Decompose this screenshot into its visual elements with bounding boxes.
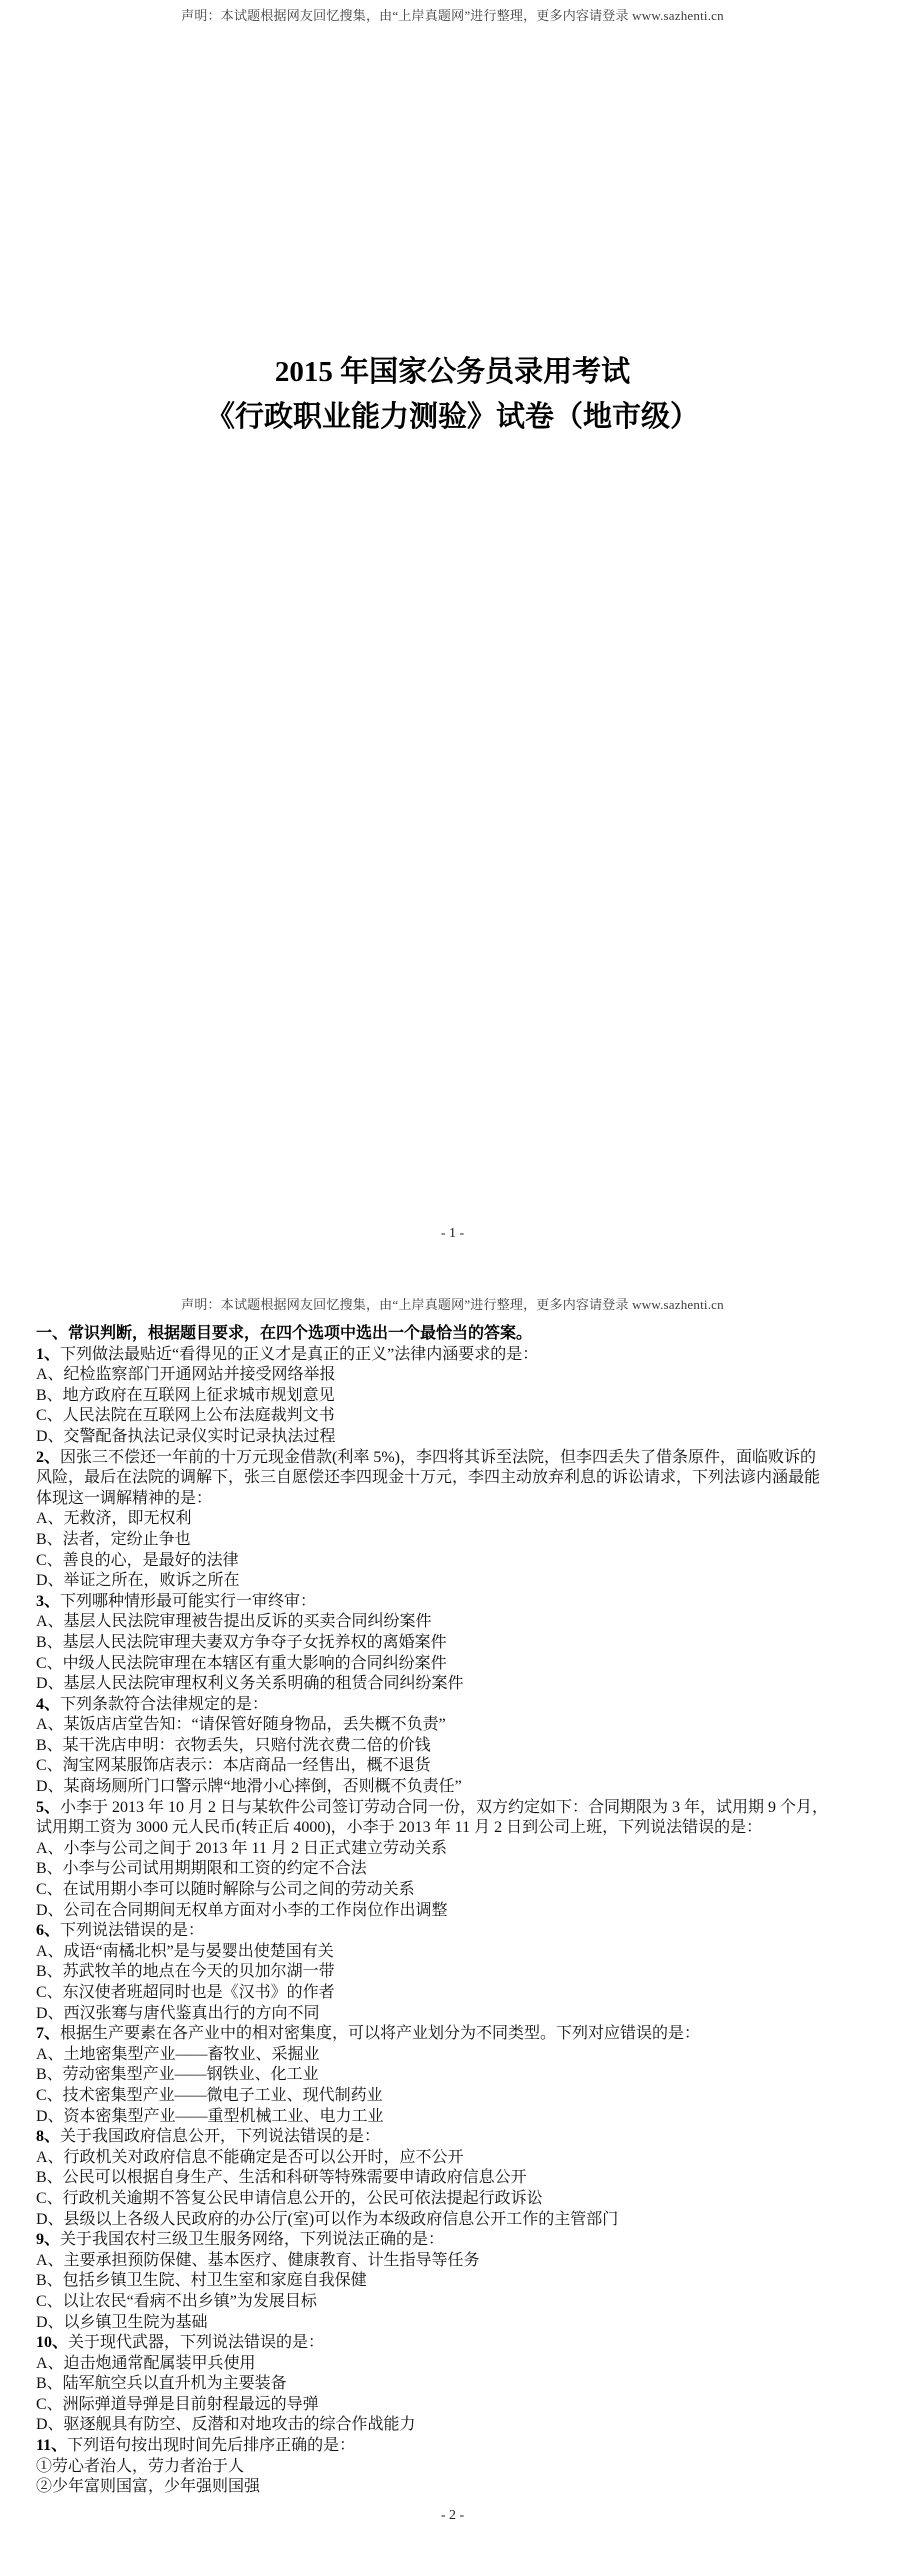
option-line: ①劳心者治人，劳力者治于人 [36, 2457, 874, 2478]
option-line: B、劳动密集型产业——钢铁业、化工业 [36, 2065, 874, 2086]
option-line: A、迫击炮通常配属装甲兵使用 [36, 2354, 874, 2375]
question-number: 5、 [36, 1799, 60, 1816]
question-number: 3、 [36, 1593, 60, 1610]
page1-disclaimer: 声明：本试题根据网友回忆搜集，由“上岸真题网”进行整理，更多内容请登录 www.… [0, 8, 905, 24]
option-line: A、无救济，即无权利 [36, 1509, 874, 1530]
option-line: A、基层人民法院审理被告提出反诉的买卖合同纠纷案件 [36, 1612, 874, 1633]
option-line: B、苏武牧羊的地点在今天的贝加尔湖一带 [36, 1962, 874, 1983]
question-number: 9、 [36, 2231, 60, 2248]
option-line: C、在试用期小李可以随时解除与公司之间的劳动关系 [36, 1880, 874, 1901]
option-line: C、行政机关逾期不答复公民申请信息公开的，公民可依法提起行政诉讼 [36, 2189, 874, 2210]
question-number: 8、 [36, 2128, 60, 2145]
option-line: C、洲际弹道导弹是目前射程最远的导弹 [36, 2395, 874, 2416]
option-line: D、某商场厕所门口警示牌“地滑小心摔倒，否则概不负责任” [36, 1777, 874, 1798]
option-line: 试用期工资为 3000 元人民币(转正后 4000)，小李于 2013 年 11… [36, 1818, 874, 1839]
option-line: A、成语“南橘北枳”是与晏婴出使楚国有关 [36, 1942, 874, 1963]
option-line: C、东汉使者班超同时也是《汉书》的作者 [36, 1983, 874, 2004]
option-line: C、淘宝网某服饰店表示：本店商品一经售出，概不退货 [36, 1756, 874, 1777]
option-line: D、驱逐舰具有防空、反潜和对地攻击的综合作战能力 [36, 2415, 874, 2436]
question-stem-line: 7、根据生产要素在各产业中的相对密集度，可以将产业划分为不同类型。下列对应错误的… [36, 2024, 874, 2045]
option-line: C、中级人民法院审理在本辖区有重大影响的合同纠纷案件 [36, 1654, 874, 1675]
option-line: A、行政机关对政府信息不能确定是否可以公开时，应不公开 [36, 2148, 874, 2169]
question-stem-line: 3、下列哪种情形最可能实行一审终审： [36, 1592, 874, 1613]
option-line: C、以让农民“看病不出乡镇”为发展目标 [36, 2292, 874, 2313]
option-line: A、小李与公司之间于 2013 年 11 月 2 日正式建立劳动关系 [36, 1839, 874, 1860]
question-number: 11、 [36, 2437, 67, 2454]
exam-title-line1: 2015 年国家公务员录用考试 [0, 350, 905, 395]
question-stem-line: 5、小李于 2013 年 10 月 2 日与某软件公司签订劳动合同一份，双方约定… [36, 1798, 874, 1819]
option-line: 风险，最后在法院的调解下，张三自愿偿还李四现金十万元，李四主动放弃利息的诉讼请求… [36, 1468, 874, 1489]
section-heading: 一、常识判断，根据题目要求，在四个选项中选出一个最恰当的答案。 [36, 1324, 874, 1345]
question-number: 10、 [36, 2334, 68, 2351]
option-line: B、陆军航空兵以直升机为主要装备 [36, 2374, 874, 2395]
option-line: A、纪检监察部门开通网站并接受网络举报 [36, 1365, 874, 1386]
question-number: 4、 [36, 1696, 60, 1713]
question-stem-line: 9、关于我国农村三级卫生服务网络，下列说法正确的是： [36, 2230, 874, 2251]
page2-number: - 2 - [0, 2508, 905, 2524]
question-stem-line: 6、下列说法错误的是： [36, 1921, 874, 1942]
option-line: D、县级以上各级人民政府的办公厅(室)可以作为本级政府信息公开工作的主管部门 [36, 2210, 874, 2231]
option-line: D、以乡镇卫生院为基础 [36, 2313, 874, 2334]
question-stem-line: 10、关于现代武器，下列说法错误的是： [36, 2333, 874, 2354]
option-line: D、交警配备执法记录仪实时记录执法过程 [36, 1427, 874, 1448]
option-line: D、举证之所在，败诉之所在 [36, 1571, 874, 1592]
question-stem-line: 4、下列条款符合法律规定的是： [36, 1695, 874, 1716]
exam-title-line2: 《行政职业能力测验》试卷（地市级） [0, 395, 905, 440]
document-page: { "page1": { "disclaimer": "声明：本试题根据网友回忆… [0, 0, 905, 2560]
question-stem-line: 11、下列语句按出现时间先后排序正确的是： [36, 2436, 874, 2457]
question-stem-line: 8、关于我国政府信息公开，下列说法错误的是： [36, 2127, 874, 2148]
option-line: B、地方政府在互联网上征求城市规划意见 [36, 1386, 874, 1407]
option-line: D、公司在合同期间无权单方面对小李的工作岗位作出调整 [36, 1901, 874, 1922]
option-line: D、西汉张骞与唐代鉴真出行的方向不同 [36, 2004, 874, 2025]
question-number: 7、 [36, 2025, 60, 2042]
page2-disclaimer: 声明：本试题根据网友回忆搜集，由“上岸真题网”进行整理，更多内容请登录 www.… [0, 1297, 905, 1313]
question-stem-line: 2、因张三不偿还一年前的十万元现金借款(利率 5%)，李四将其诉至法院，但李四丢… [36, 1448, 874, 1469]
question-stem-line: 1、下列做法最贴近“看得见的正义才是真正的正义”法律内涵要求的是： [36, 1345, 874, 1366]
option-line: ②少年富则国富，少年强则国强 [36, 2477, 874, 2498]
option-line: C、善良的心，是最好的法律 [36, 1551, 874, 1572]
question-number: 2、 [36, 1449, 60, 1466]
option-line: 体现这一调解精神的是： [36, 1489, 874, 1510]
question-lines: 1、下列做法最贴近“看得见的正义才是真正的正义”法律内涵要求的是：A、纪检监察部… [36, 1345, 874, 2498]
option-line: B、基层人民法院审理夫妻双方争夺子女抚养权的离婚案件 [36, 1633, 874, 1654]
option-line: C、技术密集型产业——微电子工业、现代制药业 [36, 2086, 874, 2107]
exam-title: 2015 年国家公务员录用考试 《行政职业能力测验》试卷（地市级） [0, 350, 905, 440]
option-line: B、某干洗店申明：衣物丢失，只赔付洗衣费二倍的价钱 [36, 1736, 874, 1757]
option-line: A、土地密集型产业——畜牧业、采掘业 [36, 2045, 874, 2066]
option-line: B、法者，定纷止争也 [36, 1530, 874, 1551]
option-line: A、某饭店店堂告知：“请保管好随身物品，丢失概不负责” [36, 1715, 874, 1736]
exam-content: 一、常识判断，根据题目要求，在四个选项中选出一个最恰当的答案。 1、下列做法最贴… [36, 1324, 874, 2498]
option-line: B、公民可以根据自身生产、生活和科研等特殊需要申请政府信息公开 [36, 2168, 874, 2189]
option-line: D、基层人民法院审理权利义务关系明确的租赁合同纠纷案件 [36, 1674, 874, 1695]
option-line: B、包括乡镇卫生院、村卫生室和家庭自我保健 [36, 2271, 874, 2292]
page1-number: - 1 - [0, 1226, 905, 1242]
option-line: A、主要承担预防保健、基本医疗、健康教育、计生指导等任务 [36, 2251, 874, 2272]
option-line: B、小李与公司试用期期限和工资的约定不合法 [36, 1859, 874, 1880]
option-line: D、资本密集型产业——重型机械工业、电力工业 [36, 2107, 874, 2128]
question-number: 1、 [36, 1346, 60, 1363]
option-line: C、人民法院在互联网上公布法庭裁判文书 [36, 1406, 874, 1427]
question-number: 6、 [36, 1922, 60, 1939]
